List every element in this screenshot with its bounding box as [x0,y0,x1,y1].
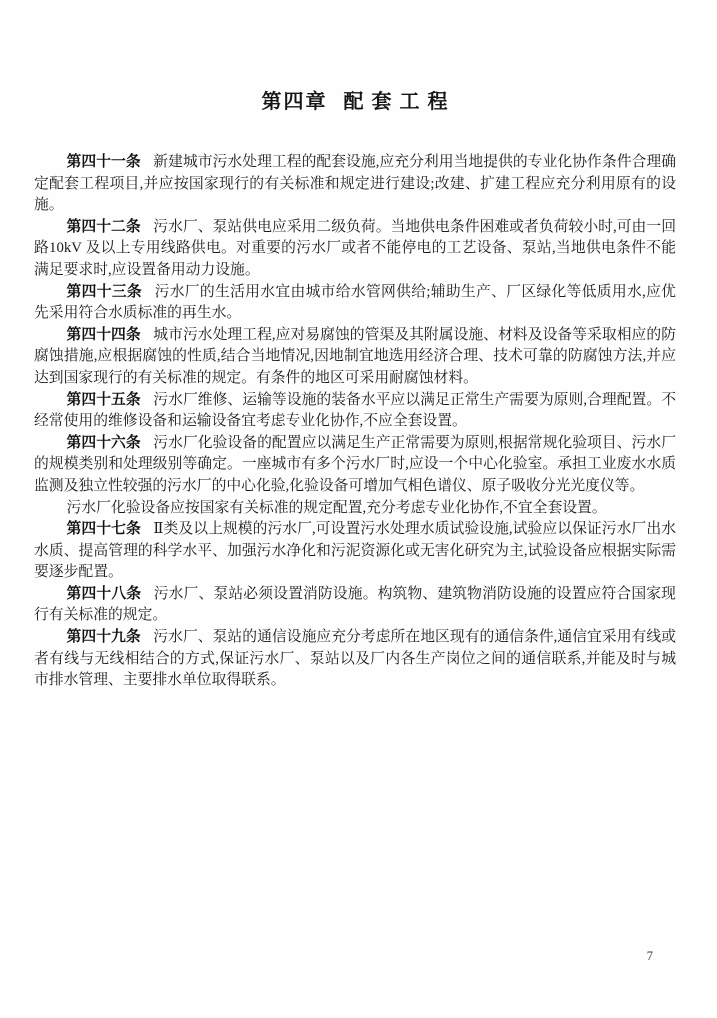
article-42: 第四十二条污水厂、泵站供电应采用二级负荷。当地供电条件困难或者负荷较小时,可由一… [34,217,676,282]
article-49: 第四十九条污水厂、泵站的通信设施应充分考虑所在地区现有的通信条件,通信宜采用有线… [34,627,676,692]
chapter-title: 第四章配套工程 [0,85,717,114]
article-number: 第四十三条 [67,284,142,300]
chapter-name: 配套工程 [344,91,456,113]
article-44: 第四十四条城市污水处理工程,应对易腐蚀的管渠及其附属设施、材料及设备等采取相应的… [34,325,676,390]
article-number: 第四十四条 [67,327,141,343]
chapter-number: 第四章 [262,91,328,113]
article-48: 第四十八条污水厂、泵站必须设置消防设施。构筑物、建筑物消防设施的设置应符合国家现… [34,584,676,627]
article-41: 第四十一条新建城市污水处理工程的配套设施,应充分利用当地提供的专业化协作条件合理… [34,152,676,217]
article-number: 第四十五条 [67,392,141,408]
page-number: 7 [647,949,653,964]
article-46: 第四十六条污水厂化验设备的配置应以满足生产正常需要为原则,根据常规化验项目、污水… [34,433,676,498]
article-number: 第四十九条 [67,629,141,645]
article-47: 第四十七条Ⅱ类及以上规模的污水厂,可设置污水处理水质试验设施,试验应以保证污水厂… [34,519,676,584]
article-number: 第四十七条 [67,521,141,537]
article-number: 第四十六条 [67,435,141,451]
document-page: 第四章配套工程 第四十一条新建城市污水处理工程的配套设施,应充分利用当地提供的专… [0,0,717,1018]
article-text: 污水厂化验设备应按国家有关标准的规定配置,充分考虑专业化协作,不宜全套设置。 [67,500,607,516]
article-number: 第四十一条 [67,154,141,170]
articles-section: 第四十一条新建城市污水处理工程的配套设施,应充分利用当地提供的专业化协作条件合理… [34,152,676,692]
article-number: 第四十二条 [67,219,141,235]
article-45: 第四十五条污水厂维修、运输等设施的装备水平应以满足正常生产需要为原则,合理配置。… [34,390,676,433]
article-number: 第四十八条 [67,586,142,602]
article-43: 第四十三条污水厂的生活用水宜由城市给水管网供给;辅助生产、厂区绿化等低质用水,应… [34,282,676,325]
article-46-continuation: 污水厂化验设备应按国家有关标准的规定配置,充分考虑专业化协作,不宜全套设置。 [34,498,676,520]
